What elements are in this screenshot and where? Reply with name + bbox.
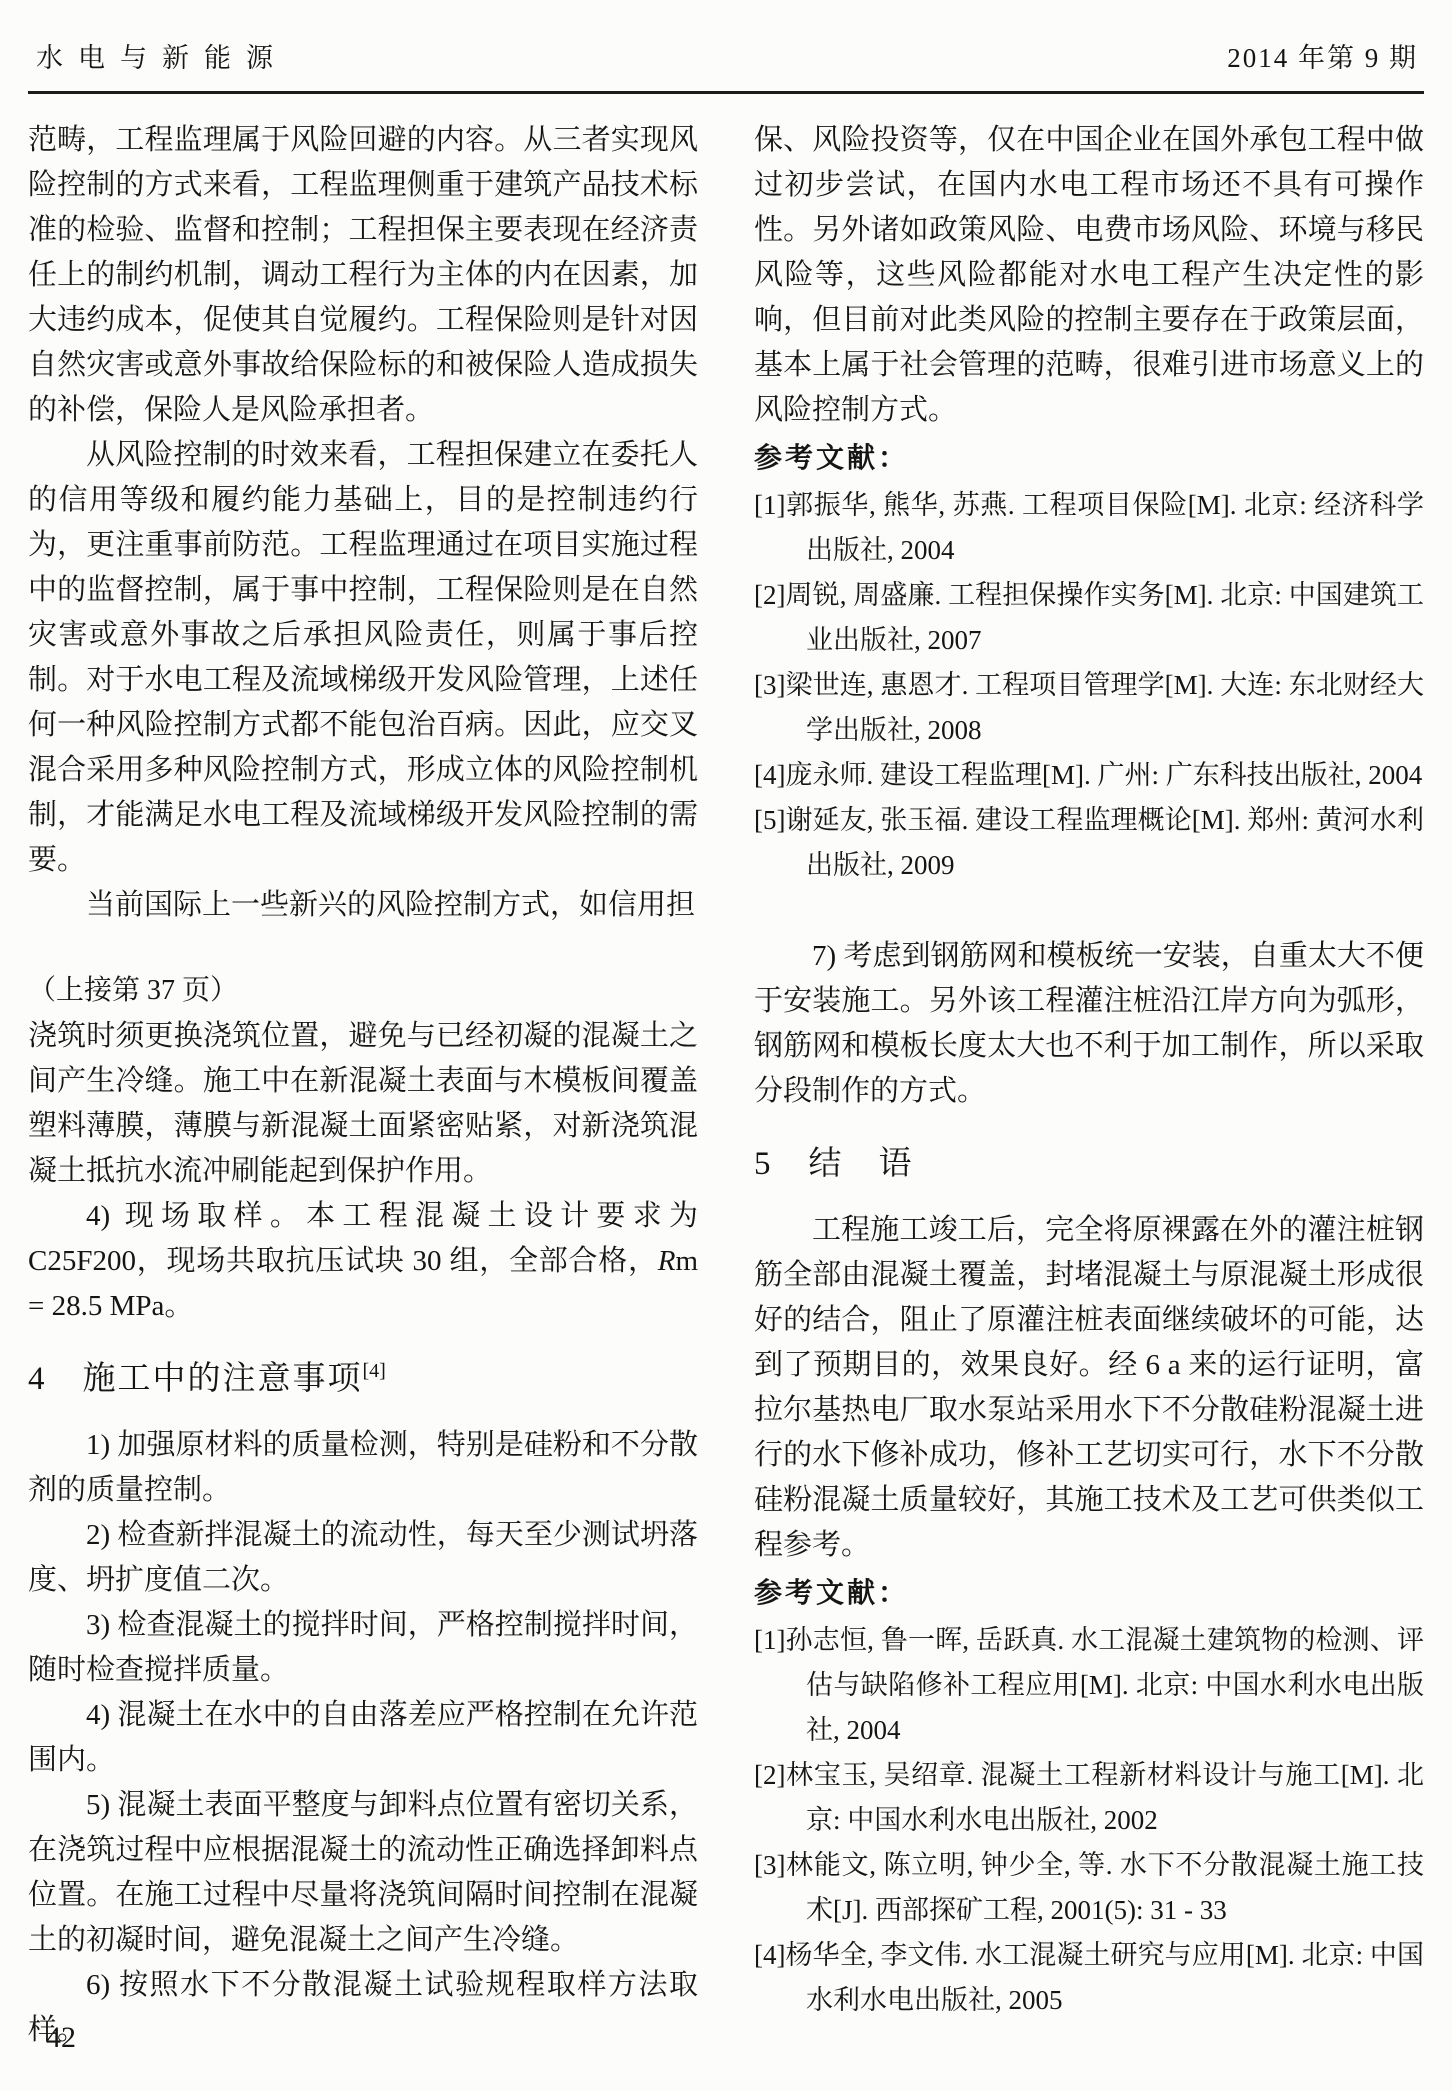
reference-item: [2]林宝玉, 吴绍章. 混凝土工程新材料设计与施工[M]. 北京: 中国水利水… [754, 1753, 1424, 1843]
field-sampling-paragraph: 4) 现场取样。本工程混凝土设计要求为 C25F200，现场共取抗压试块 30 … [28, 1194, 698, 1329]
note-item-4: 4) 混凝土在水中的自由落差应严格控制在允许范围内。 [28, 1693, 698, 1783]
section-4-number: 4 [28, 1355, 45, 1403]
reference-item: [1]孙志恒, 鲁一晖, 岳跃真. 水工混凝土建筑物的检测、评估与缺陷修补工程应… [754, 1618, 1424, 1753]
note-item-3: 3) 检查混凝土的搅拌时间，严格控制搅拌时间，随时检查搅拌质量。 [28, 1603, 698, 1693]
left-column: 范畴，工程监理属于风险回避的内容。从三者实现风险控制的方式来看，工程监理侧重于建… [28, 118, 698, 2053]
section-4-citation-superscript: [4] [363, 1360, 386, 1382]
risk-paragraph-right-continuation: 保、风险投资等，仅在中国企业在国外承包工程中做过初步尝试，在国内水电工程市场还不… [754, 118, 1424, 433]
references-heading-concrete-article: 参考文献： [754, 1568, 1424, 1618]
strength-symbol-r: R [658, 1245, 676, 1277]
issue-label: 2014 年第 9 期 [1227, 36, 1418, 75]
section-5-number: 5 [754, 1140, 771, 1188]
conclusion-paragraph: 工程施工竣工后，完全将原裸露在外的灌注桩钢筋全部由混凝土覆盖，封堵混凝土与原混凝… [754, 1208, 1424, 1568]
risk-paragraph-new-methods: 当前国际上一些新兴的风险控制方式，如信用担 [28, 883, 698, 928]
note-item-1: 1) 加强原材料的质量检测，特别是硅粉和不分散剂的质量控制。 [28, 1423, 698, 1513]
reference-item: [3]林能文, 陈立明, 钟少全, 等. 水下不分散混凝土施工技术[J]. 西部… [754, 1843, 1424, 1933]
journal-title: 水电与新能源 [36, 36, 288, 75]
section-4-title: 施工中的注意事项 [83, 1361, 363, 1397]
two-column-body: 范畴，工程监理属于风险回避的内容。从三者实现风险控制的方式来看，工程监理侧重于建… [28, 118, 1424, 2053]
note-item-2: 2) 检查新拌混凝土的流动性，每天至少测试坍落度、坍扩度值二次。 [28, 1513, 698, 1603]
reference-item: [5]谢延友, 张玉福. 建设工程监理概论[M]. 郑州: 黄河水利出版社, 2… [754, 798, 1424, 888]
journal-page: 水电与新能源 2014 年第 9 期 范畴，工程监理属于风险回避的内容。从三者实… [0, 0, 1452, 2091]
note-item-6: 6) 按照水下不分散混凝土试验规程取样方法取样。 [28, 1963, 698, 2053]
reference-item: [3]梁世连, 惠恩才. 工程项目管理学[M]. 大连: 东北财经大学出版社, … [754, 663, 1424, 753]
reference-item: [4]杨华全, 李文伟. 水工混凝土研究与应用[M]. 北京: 中国水利水电出版… [754, 1933, 1424, 2023]
page-number: 42 [46, 2021, 76, 2055]
reference-item: [4]庞永师. 建设工程监理[M]. 广州: 广东科技出版社, 2004 [754, 753, 1424, 798]
note-item-5: 5) 混凝土表面平整度与卸料点位置有密切关系，在浇筑过程中应根据混凝土的流动性正… [28, 1783, 698, 1963]
field-sampling-text-before: 4) 现场取样。本工程混凝土设计要求为 C25F200，现场共取抗压试块 30 … [28, 1200, 698, 1277]
right-column: 保、风险投资等，仅在中国企业在国外承包工程中做过初步尝试，在国内水电工程市场还不… [754, 118, 1424, 2053]
note-item-7: 7) 考虑到钢筋网和模板统一安装，自重太大不便于安装施工。另外该工程灌注桩沿江岸… [754, 934, 1424, 1114]
section-5-title: 结 语 [809, 1146, 914, 1182]
continued-from-page-note: （上接第 37 页） [28, 968, 698, 1014]
section-5-heading: 5结 语 [754, 1140, 1424, 1188]
references-heading-risk-article: 参考文献： [754, 433, 1424, 483]
risk-paragraph-timing: 从风险控制的时效来看，工程担保建立在委托人的信用等级和履约能力基础上，目的是控制… [28, 433, 698, 883]
concrete-pouring-paragraph: 浇筑时须更换浇筑位置，避免与已经初凝的混凝土之间产生冷缝。施工中在新混凝土表面与… [28, 1014, 698, 1194]
reference-item: [1]郭振华, 熊华, 苏燕. 工程项目保险[M]. 北京: 经济科学出版社, … [754, 483, 1424, 573]
section-4-heading: 4施工中的注意事项[4] [28, 1355, 698, 1403]
reference-item: [2]周锐, 周盛廉. 工程担保操作实务[M]. 北京: 中国建筑工业出版社, … [754, 573, 1424, 663]
page-header: 水电与新能源 2014 年第 9 期 [28, 26, 1424, 94]
risk-paragraph-continuation: 范畴，工程监理属于风险回避的内容。从三者实现风险控制的方式来看，工程监理侧重于建… [28, 118, 698, 433]
